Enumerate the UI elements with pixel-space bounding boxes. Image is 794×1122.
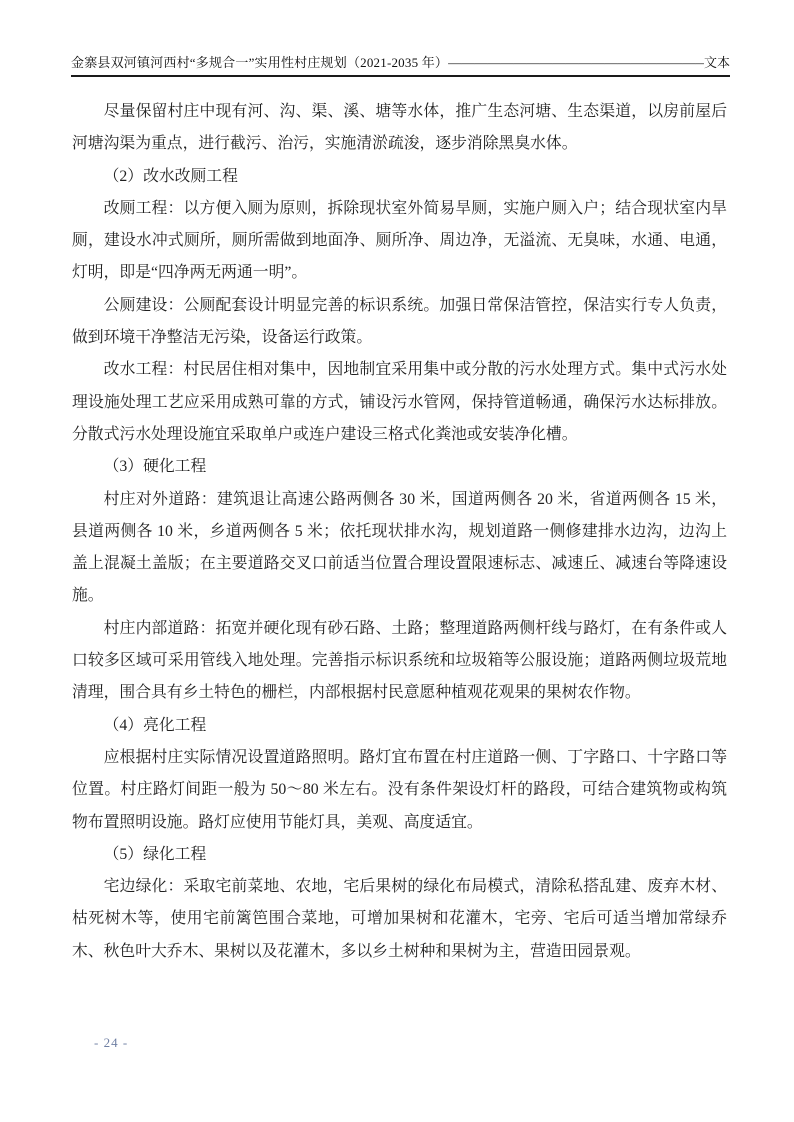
- paragraph-internal-roads: 村庄内部道路：拓宽并硬化现有砂石路、土路；整理道路两侧杆线与路灯，在有条件或人口…: [72, 613, 727, 710]
- paragraph-water-bodies: 尽量保留村庄中现有河、沟、渠、溪、塘等水体，推广生态河塘、生态渠道，以房前屋后河…: [72, 96, 727, 161]
- paragraph-house-side-greening: 宅边绿化：采取宅前菜地、农地，宅后果树的绿化布局模式，清除私搭乱建、废弃木材、枯…: [72, 871, 727, 968]
- page-number: - 24 -: [94, 1034, 128, 1052]
- header-dash-line: ————————————————————————————————————————: [448, 53, 704, 72]
- paragraph-toilet-renovation: 改厕工程：以方便入厕为原则，拆除现状室外简易旱厕，实施户厕入户；结合现状室内旱厕…: [72, 193, 727, 290]
- page-header: 金寨县双河镇河西村“多规合一”实用性村庄规划（2021-2035 年） ————…: [71, 53, 730, 77]
- section-heading-water-toilet: （2）改水改厕工程: [72, 161, 727, 193]
- paragraph-external-roads: 村庄对外道路：建筑退让高速公路两侧各 30 米，国道两侧各 20 米，省道两侧各…: [72, 484, 727, 613]
- paragraph-street-lighting: 应根据村庄实际情况设置道路照明。路灯宜布置在村庄道路一侧、丁字路口、十字路口等位…: [72, 742, 727, 839]
- header-title: 金寨县双河镇河西村“多规合一”实用性村庄规划（2021-2035 年）: [71, 53, 448, 72]
- document-body: 尽量保留村庄中现有河、沟、渠、溪、塘等水体，推广生态河塘、生态渠道，以房前屋后河…: [72, 96, 727, 968]
- paragraph-public-toilet: 公厕建设：公厕配套设计明显完善的标识系统。加强日常保洁管控，保洁实行专人负责，做…: [72, 290, 727, 355]
- section-heading-greening: （5）绿化工程: [72, 839, 727, 871]
- header-doc-type-label: 文本: [704, 53, 730, 72]
- paragraph-water-improvement: 改水工程：村民居住相对集中，因地制宜采用集中或分散的污水处理方式。集中式污水处理…: [72, 354, 727, 451]
- section-heading-hardening: （3）硬化工程: [72, 451, 727, 483]
- section-heading-lighting: （4）亮化工程: [72, 710, 727, 742]
- document-page: 金寨县双河镇河西村“多规合一”实用性村庄规划（2021-2035 年） ————…: [0, 0, 794, 1122]
